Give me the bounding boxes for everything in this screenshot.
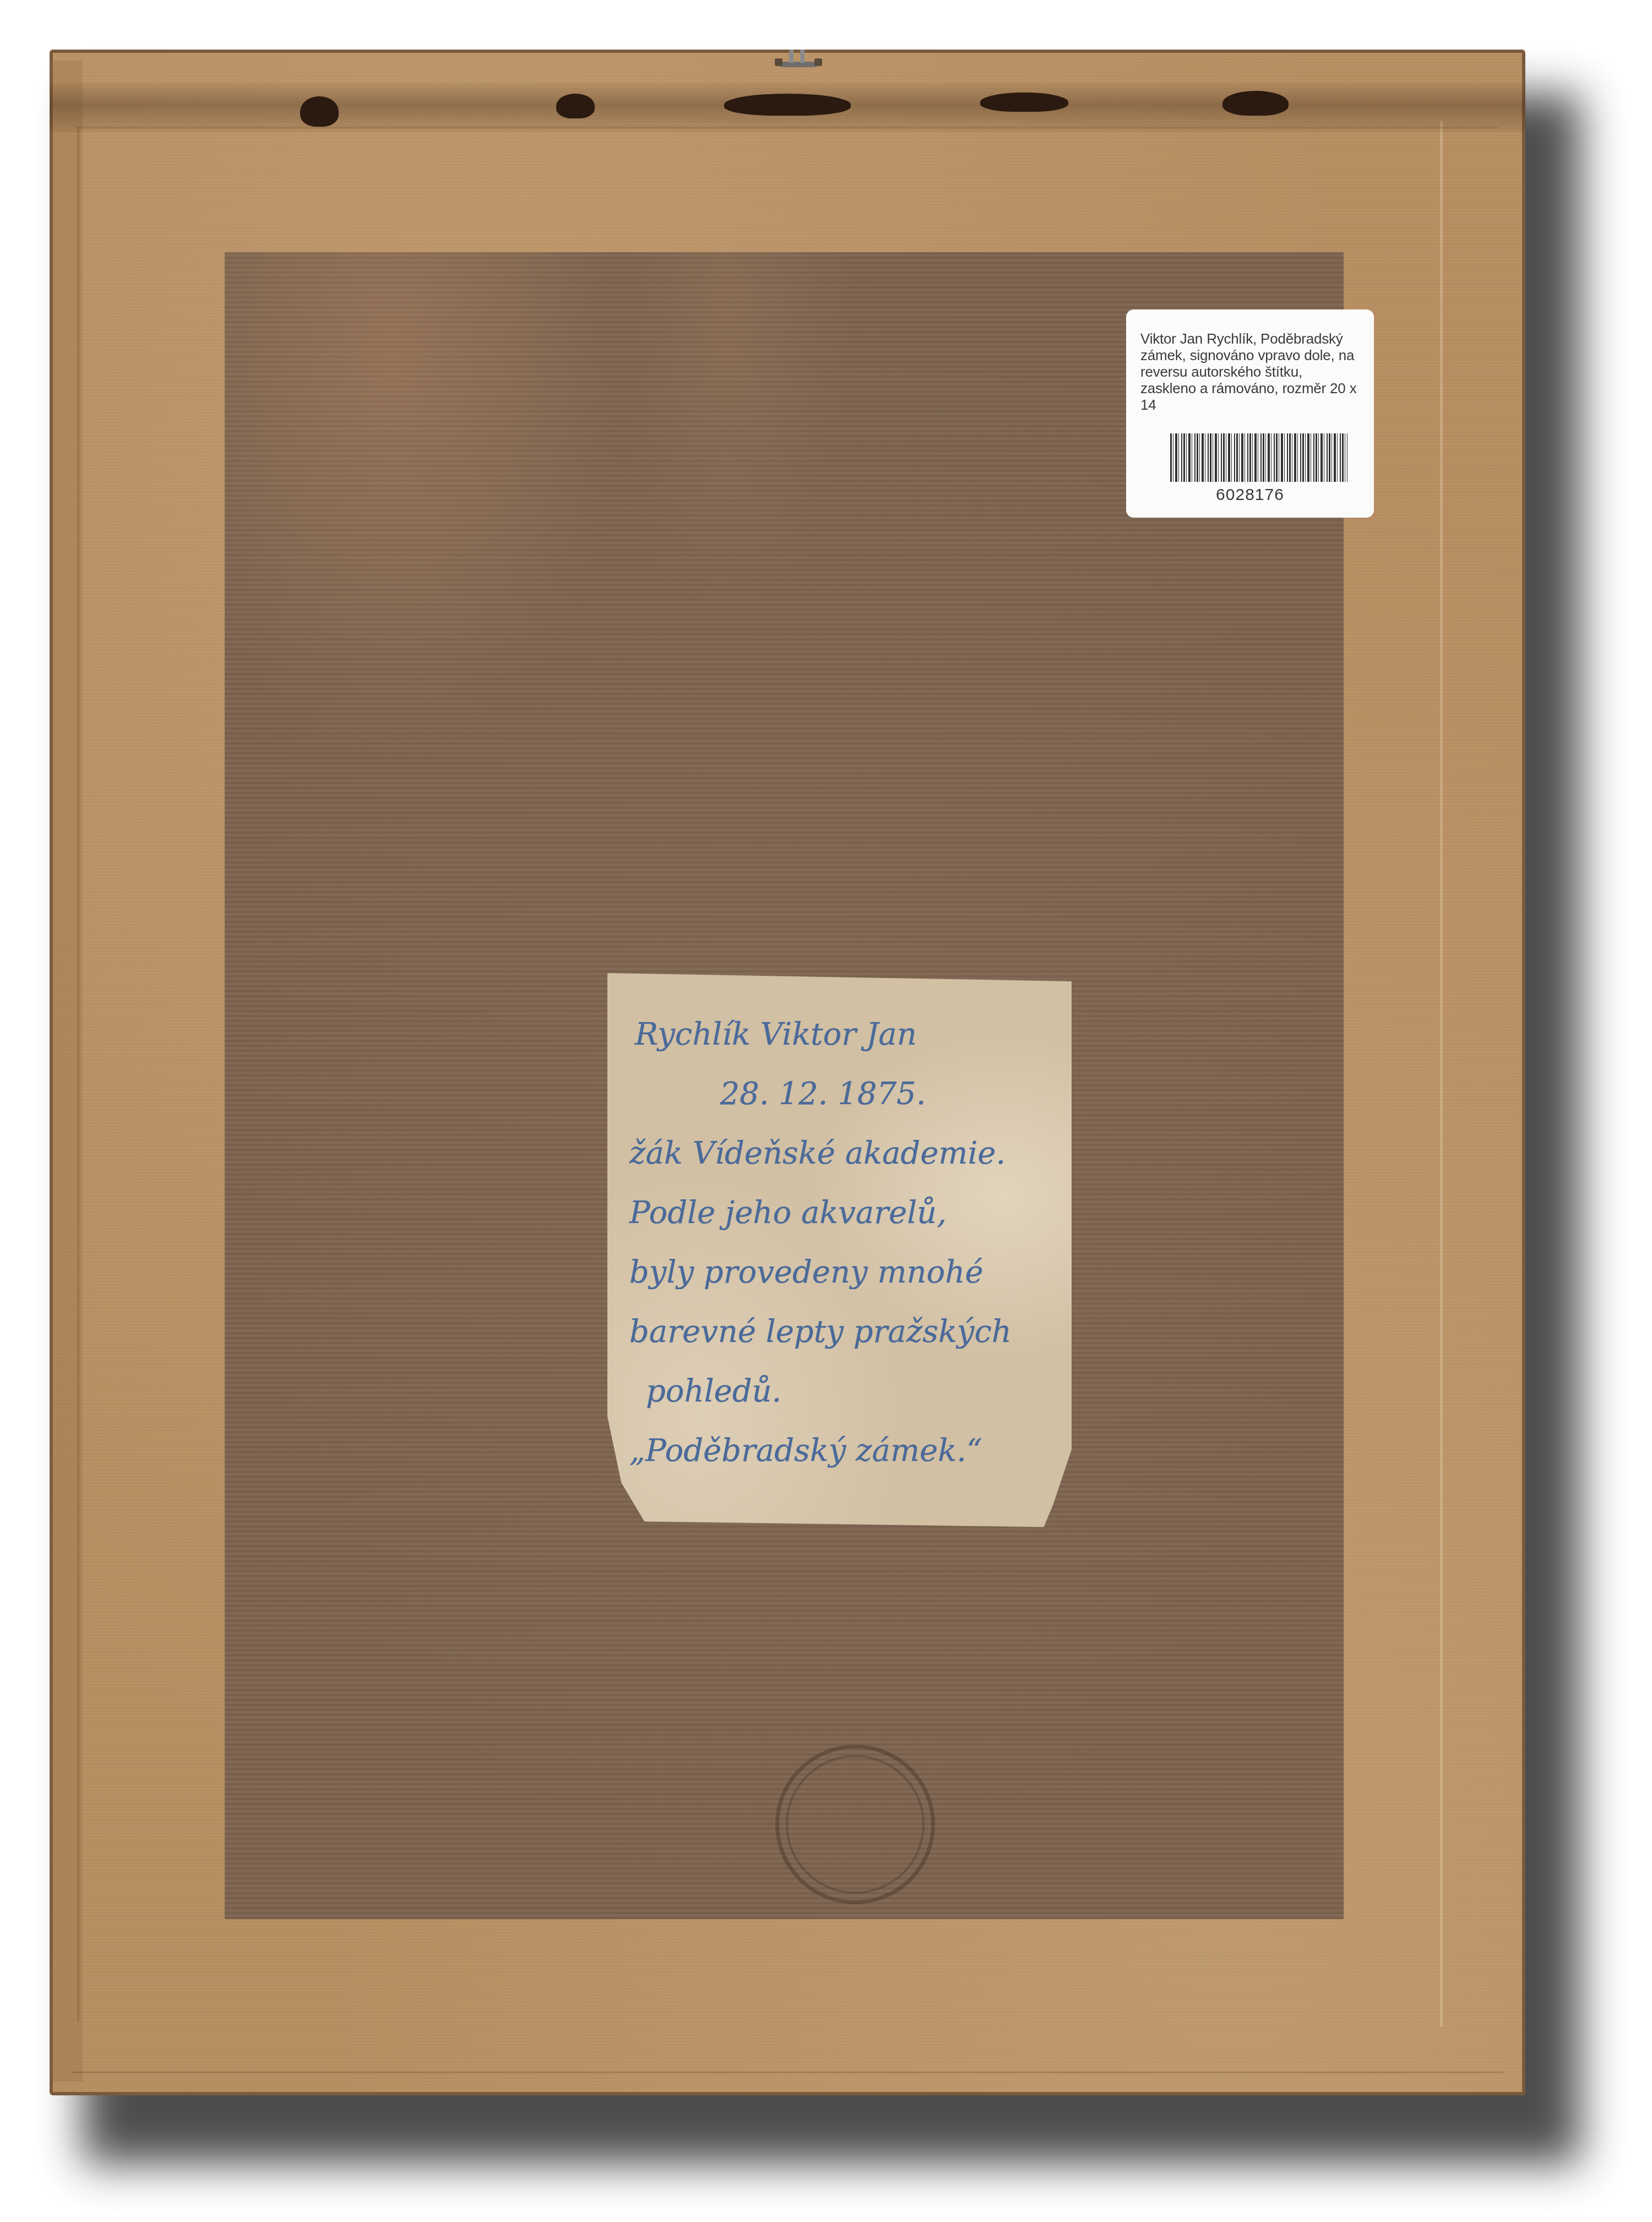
note-line-made: byly provedeny mnohé <box>629 1243 1050 1302</box>
hanging-hook-icon <box>768 50 829 78</box>
barcode-number: 6028176 <box>1126 486 1374 504</box>
tear-hole <box>556 94 595 118</box>
tear-hole <box>980 93 1068 112</box>
tear-hole <box>1222 91 1289 116</box>
right-fold-line <box>1440 121 1443 2027</box>
bottom-fold-line <box>72 2072 1503 2073</box>
ink-stamp <box>775 1745 935 1904</box>
note-line-academy: žák Vídeňské akademie. <box>629 1124 1050 1183</box>
tear-hole <box>724 94 851 116</box>
picture-frame-back: Viktor Jan Rychlík, Poděbradský zámek, s… <box>50 50 1525 2095</box>
stamp-inner-ring <box>786 1755 925 1894</box>
note-line-views: pohledů. <box>629 1362 1050 1421</box>
left-fold-line <box>77 127 79 2021</box>
handwritten-author-note: Rychlík Viktor Jan 28. 12. 1875. žák Víd… <box>607 973 1072 1527</box>
tear-hole <box>300 96 339 127</box>
note-line-title: „Poděbradský zámek.“ <box>629 1421 1050 1481</box>
catalog-label: Viktor Jan Rychlík, Poděbradský zámek, s… <box>1126 309 1374 518</box>
torn-paper-strip <box>50 83 1525 132</box>
note-line-etchings: barevné lepty pražských <box>629 1302 1050 1362</box>
note-line-watercolors: Podle jeho akvarelů, <box>629 1183 1050 1243</box>
barcode-icon <box>1170 433 1347 482</box>
label-description: Viktor Jan Rychlík, Poděbradský zámek, s… <box>1140 330 1360 413</box>
note-line-name: Rychlík Viktor Jan <box>629 1005 1050 1064</box>
note-line-birthdate: 28. 12. 1875. <box>629 1064 1050 1124</box>
backing-board: Viktor Jan Rychlík, Poděbradský zámek, s… <box>225 252 1344 1919</box>
